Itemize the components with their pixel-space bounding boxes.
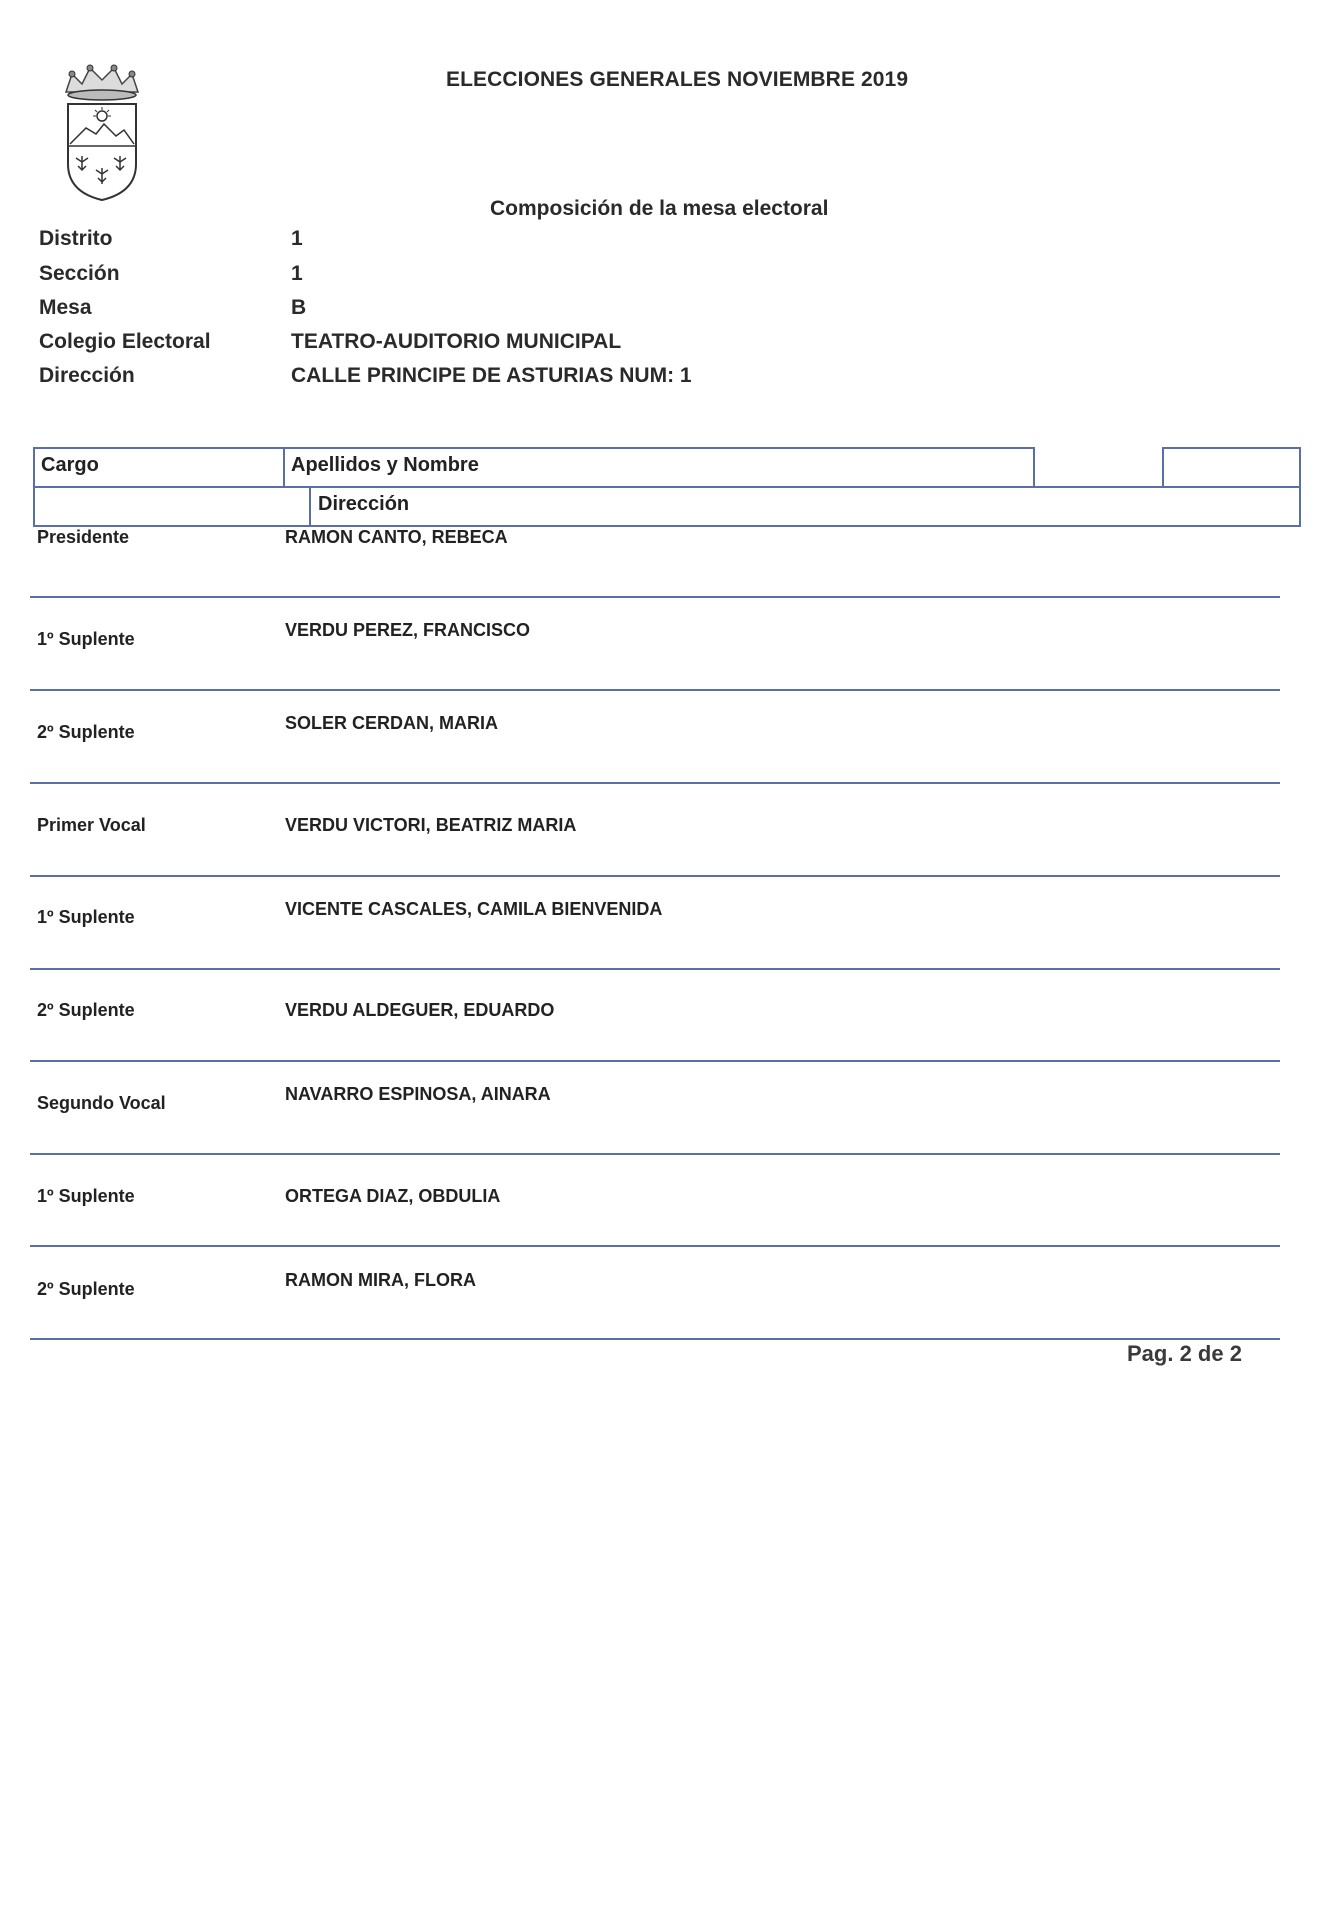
header-cell-direccion: Dirección (309, 486, 1301, 527)
info-label-distrito: Distrito (39, 227, 113, 251)
row-divider (30, 782, 1280, 784)
header-cell-nombre: Apellidos y Nombre (283, 447, 1035, 488)
row-nombre: VERDU VICTORI, BEATRIZ MARIA (285, 815, 576, 836)
row-nombre: VERDU PEREZ, FRANCISCO (285, 620, 530, 641)
row-divider (30, 1338, 1280, 1340)
info-label-colegio: Colegio Electoral (39, 330, 211, 354)
info-label-seccion: Sección (39, 262, 120, 286)
municipal-coat-of-arms-icon (58, 62, 146, 202)
header-nombre-label: Apellidos y Nombre (291, 454, 479, 477)
page-number: Pag. 2 de 2 (1127, 1341, 1242, 1367)
row-cargo: 1º Suplente (37, 1186, 135, 1207)
row-cargo: Presidente (37, 527, 129, 548)
info-value-distrito: 1 (291, 227, 303, 251)
row-divider (30, 1153, 1280, 1155)
row-divider (30, 968, 1280, 970)
info-label-mesa: Mesa (39, 296, 92, 320)
header-cell-empty (33, 486, 311, 527)
info-label-direccion: Dirección (39, 364, 135, 388)
row-cargo: 2º Suplente (37, 722, 135, 743)
row-divider (30, 875, 1280, 877)
info-value-mesa: B (291, 296, 306, 320)
document-title: ELECCIONES GENERALES NOVIEMBRE 2019 (446, 68, 908, 92)
row-cargo: 1º Suplente (37, 907, 135, 928)
header-cell-cargo: Cargo (33, 447, 285, 488)
row-divider (30, 596, 1280, 598)
row-cargo: 1º Suplente (37, 629, 135, 650)
header-cell-extra (1162, 447, 1301, 488)
row-cargo: 2º Suplente (37, 1279, 135, 1300)
row-nombre: RAMON MIRA, FLORA (285, 1270, 476, 1291)
header-direccion-label: Dirección (318, 493, 409, 516)
info-value-seccion: 1 (291, 262, 303, 286)
row-nombre: VICENTE CASCALES, CAMILA BIENVENIDA (285, 899, 662, 920)
row-nombre: SOLER CERDAN, MARIA (285, 713, 498, 734)
row-nombre: RAMON CANTO, REBECA (285, 527, 508, 548)
info-value-colegio: TEATRO-AUDITORIO MUNICIPAL (291, 330, 621, 354)
row-divider (30, 689, 1280, 691)
info-value-direccion: CALLE PRINCIPE DE ASTURIAS NUM: 1 (291, 364, 692, 388)
row-cargo: Primer Vocal (37, 815, 146, 836)
row-cargo: 2º Suplente (37, 1000, 135, 1021)
document-subtitle: Composición de la mesa electoral (490, 197, 828, 221)
row-nombre: VERDU ALDEGUER, EDUARDO (285, 1000, 554, 1021)
row-cargo: Segundo Vocal (37, 1093, 166, 1114)
row-nombre: ORTEGA DIAZ, OBDULIA (285, 1186, 500, 1207)
header-cargo-label: Cargo (41, 454, 99, 477)
row-divider (30, 1245, 1280, 1247)
row-nombre: NAVARRO ESPINOSA, AINARA (285, 1084, 551, 1105)
row-divider (30, 1060, 1280, 1062)
